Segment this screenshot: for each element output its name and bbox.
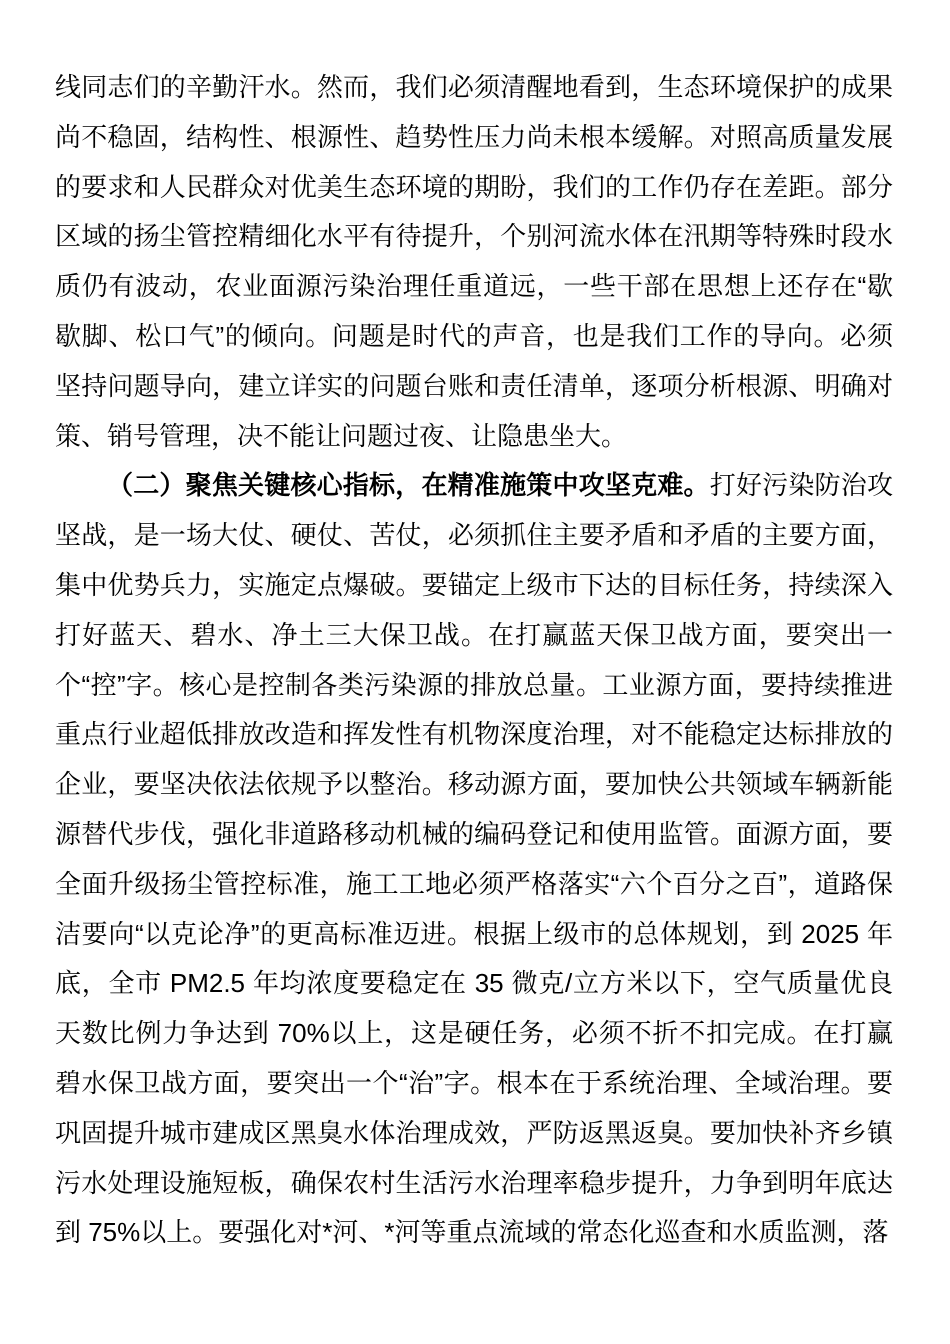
paragraph-continuation-text: 线同志们的辛勤汗水。然而，我们必须清醒地看到，生态环境保护的成果尚不稳固，结构性… xyxy=(55,72,893,451)
paragraph-continuation: 线同志们的辛勤汗水。然而，我们必须清醒地看到，生态环境保护的成果尚不稳固，结构性… xyxy=(55,63,893,461)
paragraph-section-2-text: 打好污染防治攻坚战，是一场大仗、硬仗、苦仗，必须抓住主要矛盾和矛盾的主要方面，集… xyxy=(55,470,893,1247)
document-body: 线同志们的辛勤汗水。然而，我们必须清醒地看到，生态环境保护的成果尚不稳固，结构性… xyxy=(55,63,893,1258)
document-page: 线同志们的辛勤汗水。然而，我们必须清醒地看到，生态环境保护的成果尚不稳固，结构性… xyxy=(0,0,950,1344)
paragraph-section-2: （二）聚焦关键核心指标，在精准施策中攻坚克难。打好污染防治攻坚战，是一场大仗、硬… xyxy=(55,461,893,1258)
section-2-heading: （二）聚焦关键核心指标，在精准施策中攻坚克难。 xyxy=(107,470,710,500)
